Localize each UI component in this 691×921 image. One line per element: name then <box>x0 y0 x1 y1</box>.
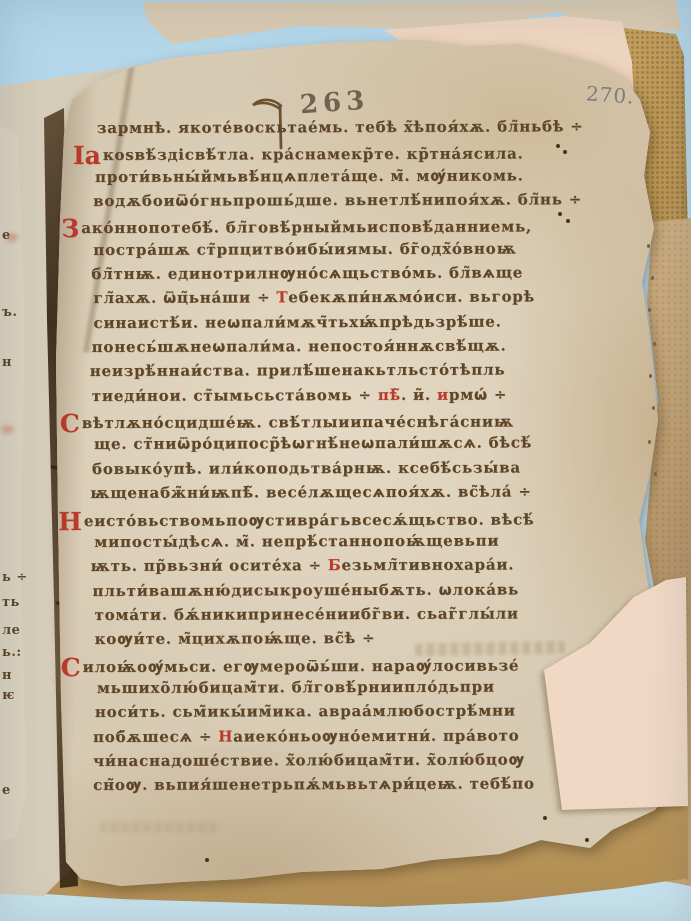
margin-fragment: ть <box>2 595 20 610</box>
manuscript-photo: 263 270. зармнѣ. якоте́воскьтае́мь. тебѣ… <box>0 0 691 921</box>
repair-patch-wrap <box>0 0 691 921</box>
red-ink-smudge <box>1 425 14 434</box>
margin-fragment: ѥ <box>2 688 15 703</box>
repair-patch <box>0 0 691 921</box>
margin-fragment: е <box>2 783 11 798</box>
margin-fragment: ь ÷ <box>2 570 28 585</box>
margin-fragment: ъ. <box>2 305 18 320</box>
margin-fragment: ь.: <box>2 645 22 660</box>
margin-fragment: ле <box>2 623 20 638</box>
margin-fragment: н <box>2 355 12 370</box>
margin-fragment: е <box>2 228 11 243</box>
margin-fragment: н <box>2 668 12 683</box>
